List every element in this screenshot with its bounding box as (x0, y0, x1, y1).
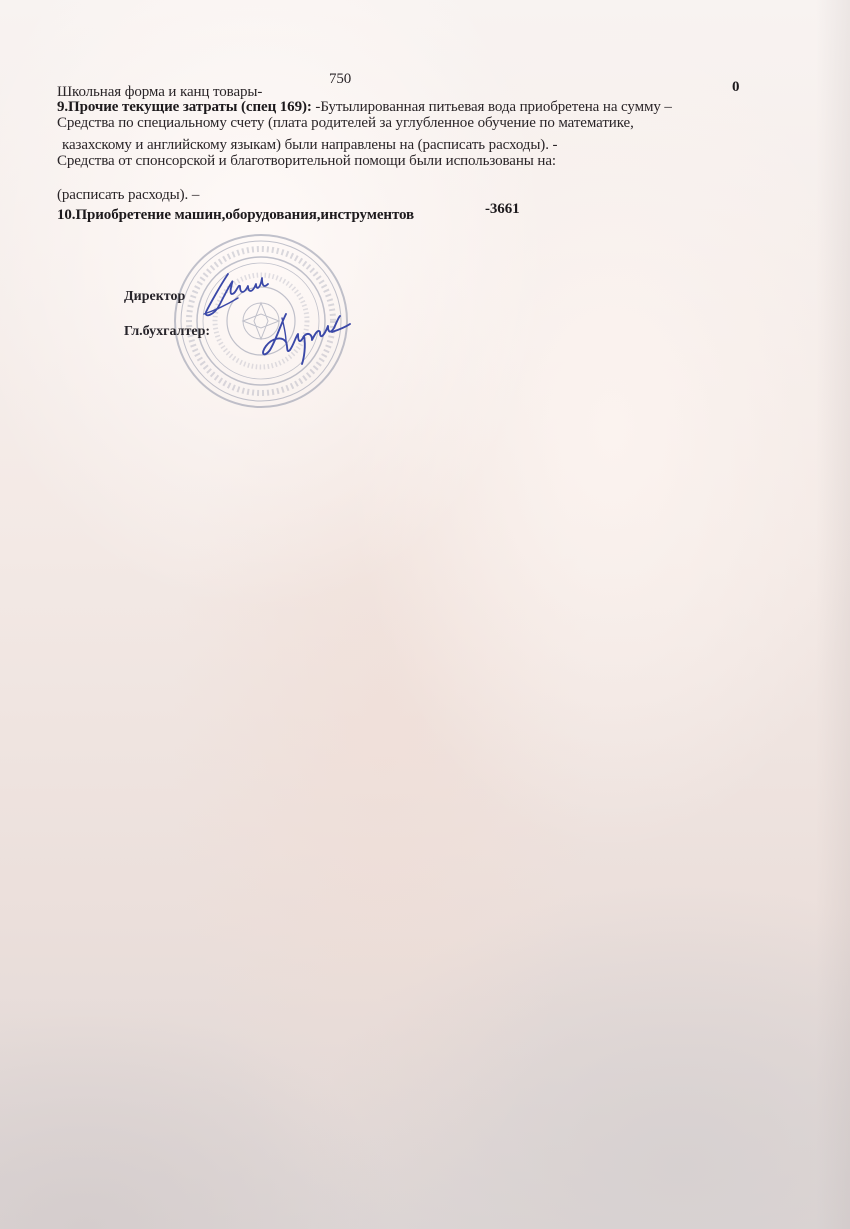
value-item-10: -3661 (485, 200, 520, 218)
value-item-9: 0 (732, 78, 739, 96)
line-expenses: (расписать расходы). – (57, 186, 199, 204)
line-special-account-1: Средства по специальному счету (плата ро… (57, 114, 634, 132)
paper-background (0, 0, 850, 1229)
director-label: Директор (124, 289, 185, 305)
chief-accountant-label: Гл.бухгалтер: (124, 324, 210, 340)
line-item-10: 10.Приобретение машин,оборудования,инстр… (57, 206, 414, 224)
value-school-uniform: 750 (329, 70, 351, 88)
item-9-label: 9.Прочие текущие затраты (спец 169): (57, 99, 315, 115)
line-sponsor-funds: Средства от спонсорской и благотворитель… (57, 152, 556, 170)
chief-accountant-signature-icon (256, 306, 352, 366)
item-9-text: -Бутылированная питьевая вода приобретен… (315, 99, 671, 115)
paper-edge-shadow (816, 0, 850, 1229)
